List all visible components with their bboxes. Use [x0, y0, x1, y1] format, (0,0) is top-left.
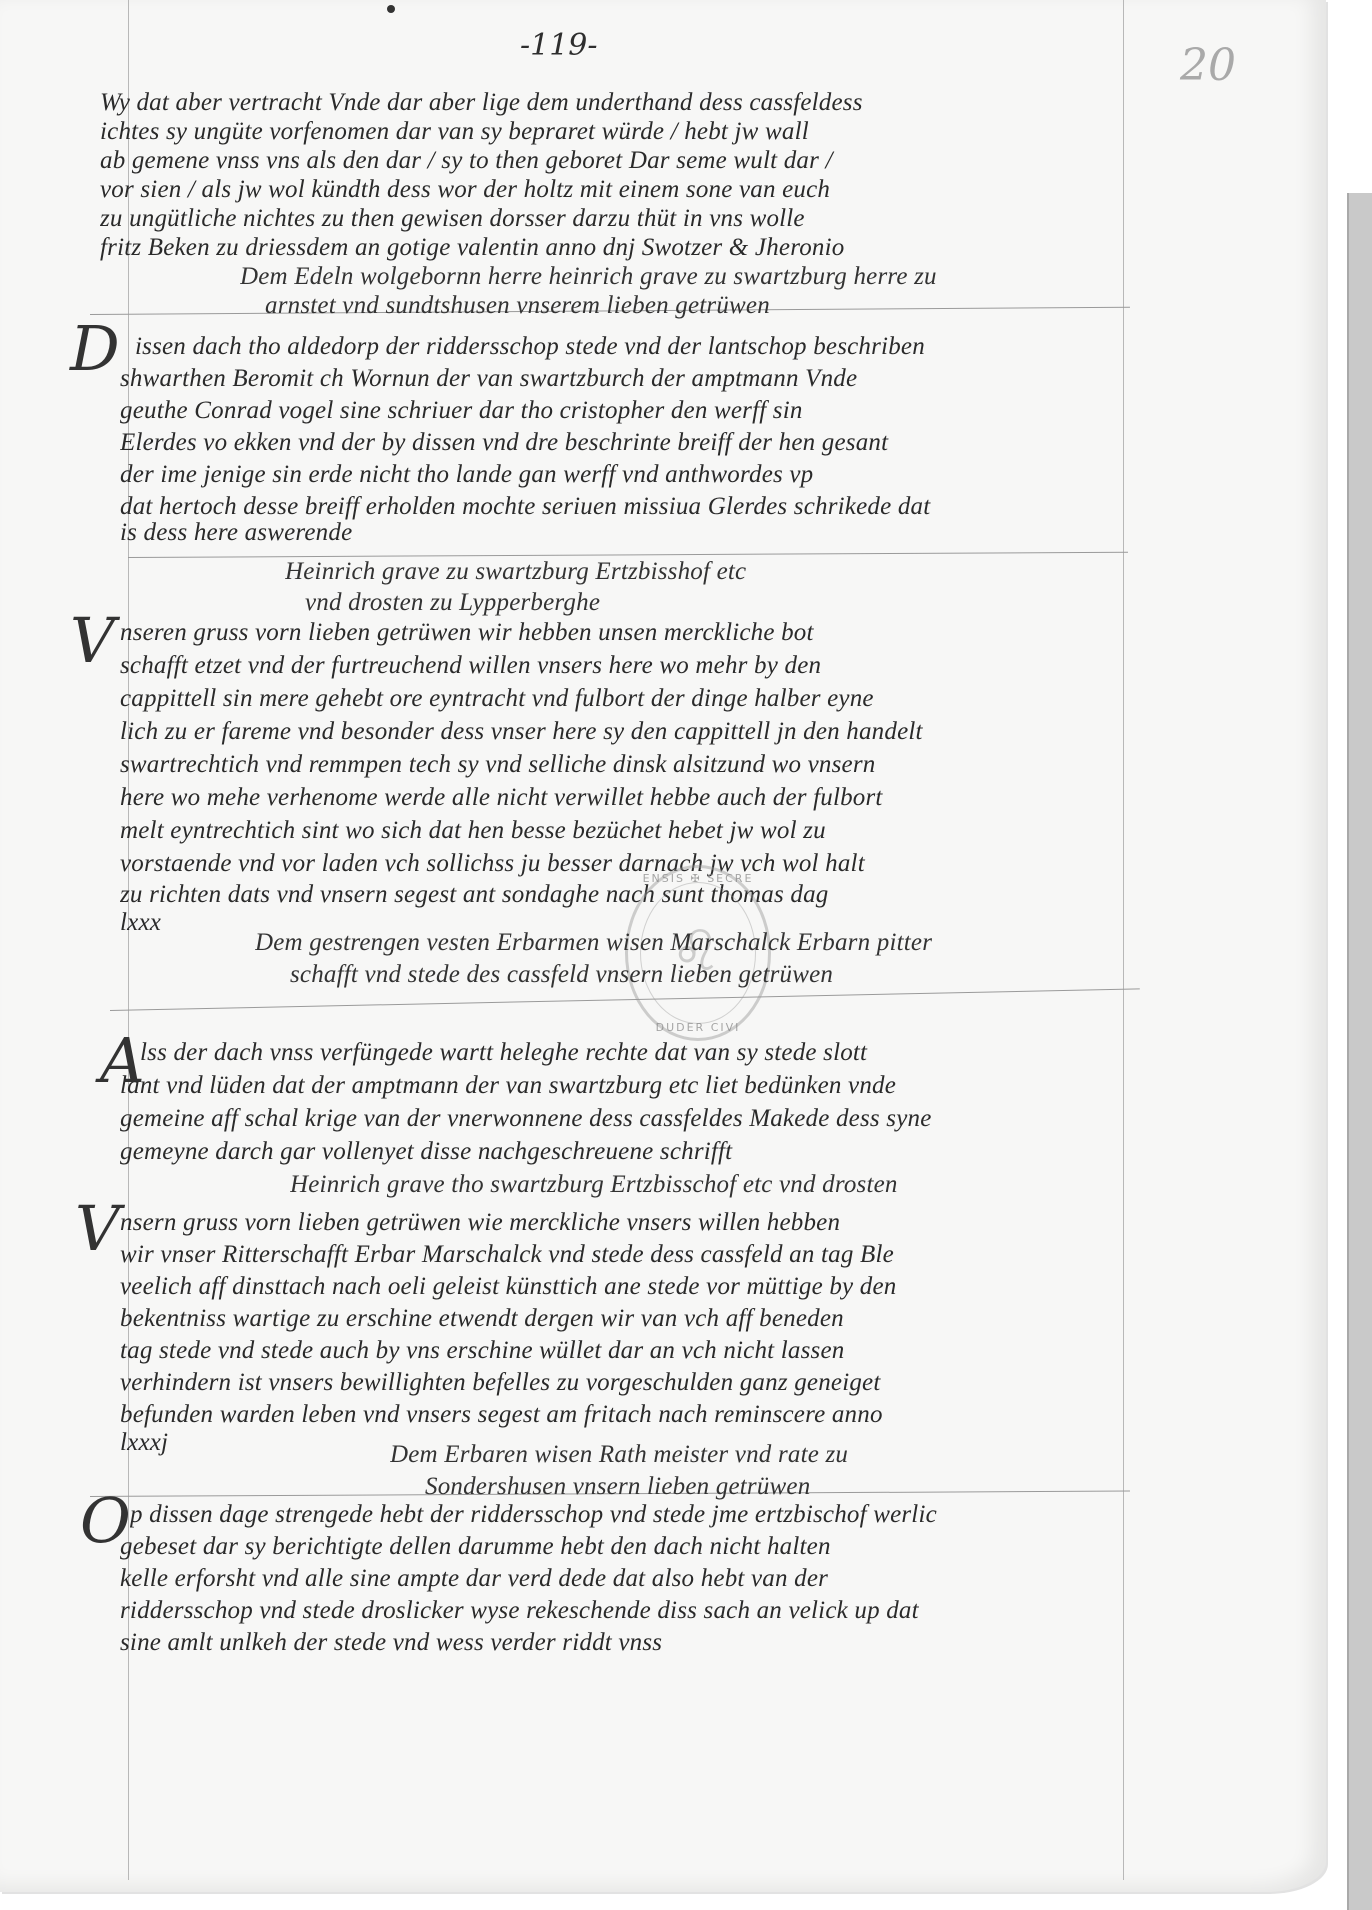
heading-line: vnd drosten zu Lypperberghe	[305, 588, 865, 618]
text-line: nseren gruss vorn lieben getrüwen wir he…	[120, 618, 1130, 648]
text-line: der ime jenige sin erde nicht tho lande …	[120, 460, 1130, 490]
text-line: shwarthen Beromit ch Wornun der van swar…	[120, 364, 1130, 394]
ink-dot	[387, 5, 395, 13]
text-line: lss der dach vnss verfüngede wartt heleg…	[140, 1038, 1130, 1068]
text-line: schafft etzet vnd der furtreuchend wille…	[120, 651, 1130, 681]
decorated-initial: D	[70, 318, 120, 380]
heading-line: schafft vnd stede des cassfeld vnsern li…	[290, 960, 1090, 990]
heading-line: Dem gestrengen vesten Erbarmen wisen Mar…	[255, 928, 1135, 958]
text-line: fritz Beken zu driessdem an gotige valen…	[100, 233, 1130, 263]
text-line: lxxx	[120, 908, 240, 938]
text-line: melt eyntrechtich sint wo sich dat hen b…	[120, 816, 1130, 846]
text-line: tag stede vnd stede auch by vns erschine…	[120, 1336, 1130, 1366]
text-line: ichtes sy ungüte vorfenomen dar van sy b…	[100, 117, 1130, 147]
text-line: riddersschop vnd stede droslicker wyse r…	[120, 1596, 1130, 1626]
text-line: befunden warden leben vnd vnsers segest …	[120, 1400, 1130, 1430]
stamp-bottom-text: DUDER CIVI	[628, 1021, 768, 1034]
text-line: kelle erforsht vnd alle sine ampte dar v…	[120, 1564, 1130, 1594]
text-line: is dess here aswerende	[120, 518, 520, 548]
text-line: gebeset dar sy berichtigte dellen darumm…	[120, 1532, 1130, 1562]
text-line: ab gemene vnss vns als den dar / sy to t…	[100, 146, 1130, 176]
pencil-foliation: 20	[1180, 40, 1236, 91]
text-line: zu richten dats vnd vnsern segest ant so…	[120, 880, 1130, 910]
heading-line: Heinrich grave zu swartzburg Ertzbisshof…	[285, 557, 985, 587]
heading-line: Dem Erbaren wisen Rath meister vnd rate …	[390, 1440, 990, 1470]
text-line: bekentniss wartige zu erschine etwendt d…	[120, 1304, 1130, 1334]
text-line: veelich aff dinsttach nach oeli geleist …	[120, 1272, 1130, 1302]
text-line: lich zu er fareme vnd besonder dess vnse…	[120, 717, 1130, 747]
text-line: here wo mehe verhenome werde alle nicht …	[120, 783, 1130, 813]
text-line: lxxxj	[120, 1428, 240, 1458]
text-line: wir vnser Ritterschafft Erbar Marschalck…	[120, 1240, 1130, 1270]
text-line: verhindern ist vnsers bewillighten befel…	[120, 1368, 1130, 1398]
text-line: sine amlt unlkeh der stede vnd wess verd…	[120, 1628, 880, 1658]
stamp-top-text: ENSIS ✠ SECRE	[628, 872, 768, 885]
text-line: Elerdes vo ekken vnd der by dissen vnd d…	[120, 428, 1130, 458]
text-line: gemeine aff schal krige van der vnerwonn…	[120, 1104, 1130, 1134]
heading-line: arnstet vnd sundtshusen vnserem lieben g…	[265, 291, 945, 321]
heading-line: Sondershusen vnsern lieben getrüwen	[425, 1472, 945, 1502]
text-line: issen dach tho aldedorp der riddersschop…	[135, 332, 1130, 362]
manuscript-page: -119- 20 Wy dat aber vertracht Vnde dar …	[0, 0, 1326, 1892]
text-line: Wy dat aber vertracht Vnde dar aber lige…	[100, 88, 1130, 118]
heading-line: Heinrich grave tho swartzburg Ertzbissch…	[290, 1170, 1020, 1200]
text-line: cappittell sin mere gehebt ore eyntracht…	[120, 684, 1130, 714]
text-line: geuthe Conrad vogel sine schriuer dar th…	[120, 396, 1130, 426]
text-line: p dissen dage strengede hebt der ridders…	[130, 1500, 1130, 1530]
scanner-background-strip	[1347, 193, 1372, 1910]
text-line: vor sien / als jw wol kündth dess wor de…	[100, 175, 1130, 205]
decorated-initial: V	[75, 1198, 120, 1260]
folio-number: -119-	[520, 28, 598, 63]
text-line: lant vnd lüden dat der amptmann der van …	[120, 1071, 1130, 1101]
section-separator	[110, 988, 1140, 1011]
decorated-initial: V	[70, 610, 115, 672]
heading-line: Dem Edeln wolgebornn herre heinrich grav…	[240, 262, 1100, 292]
text-line: nsern gruss vorn lieben getrüwen wie mer…	[120, 1208, 1130, 1238]
text-line: zu ungütliche nichtes zu then gewisen do…	[100, 204, 1130, 234]
text-line: swartrechtich vnd remmpen tech sy vnd se…	[120, 750, 1130, 780]
text-line: gemeyne darch gar vollenyet disse nachge…	[120, 1137, 900, 1167]
text-line: vorstaende vnd vor laden vch sollichss j…	[120, 849, 1130, 879]
